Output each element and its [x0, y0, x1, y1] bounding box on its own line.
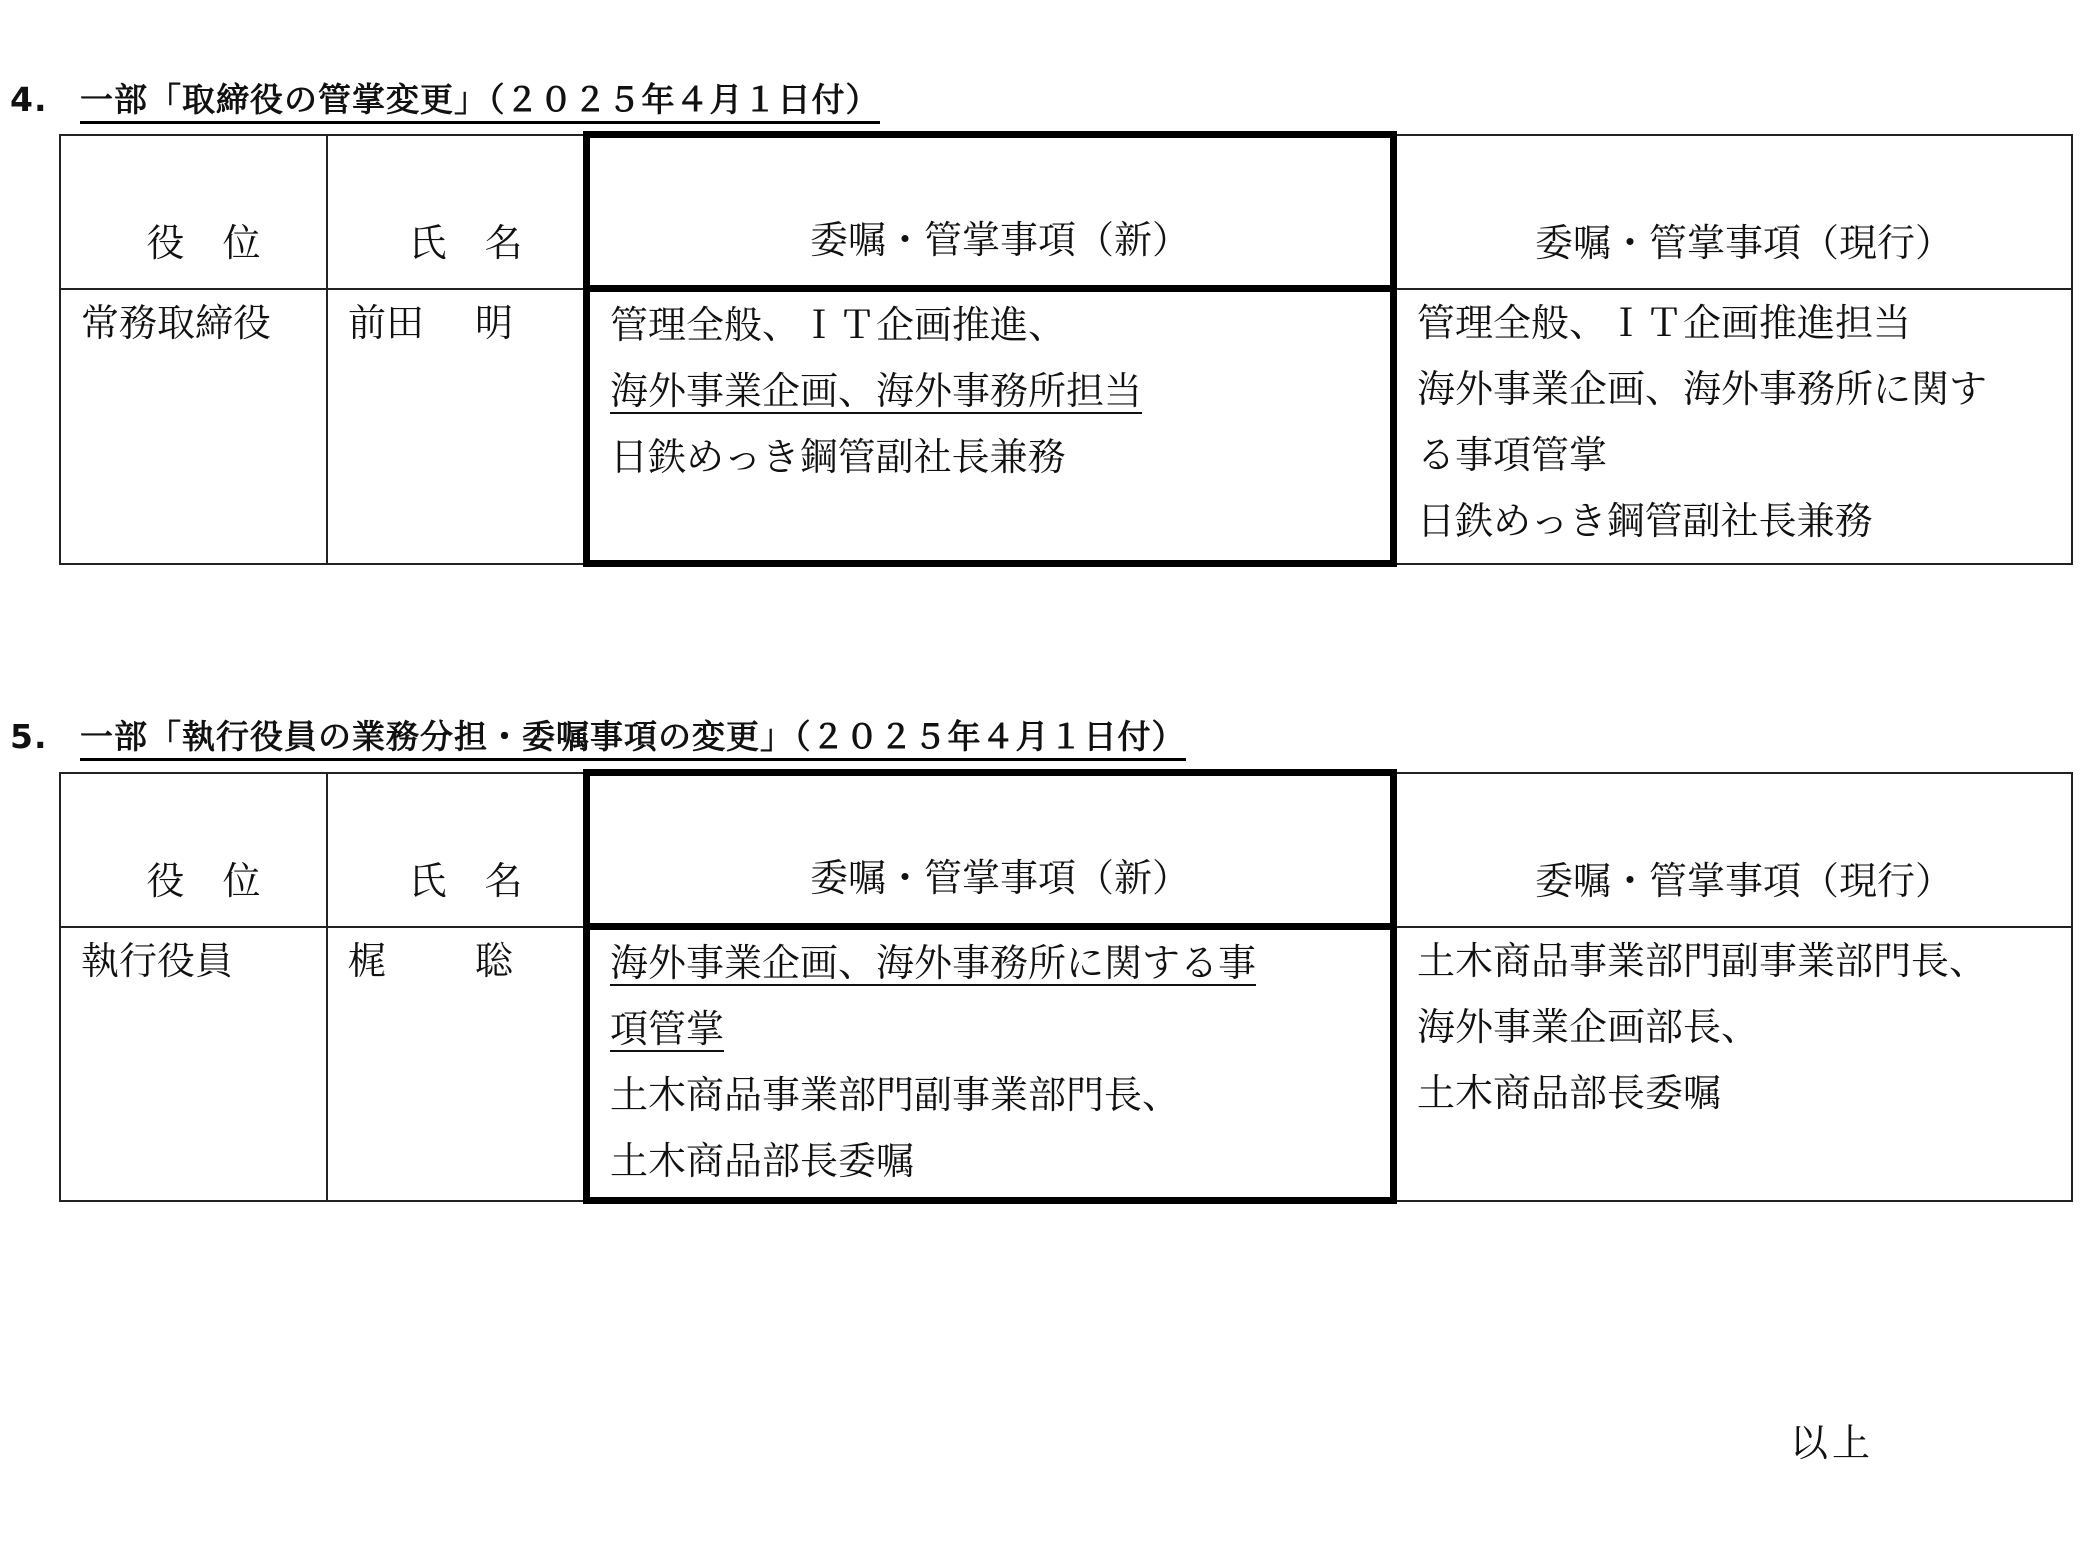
executive-change-table-5: 役 位 氏 名 委嘱・管掌事項（新） 委嘱・管掌事項（現行） 執行役員 梶聡 海…: [59, 769, 2073, 1204]
col-header-name: 氏 名: [327, 135, 587, 289]
current-duty-line: 日鉄めっき鋼管副社長兼務: [1417, 488, 2071, 554]
current-duty-line: 土木商品事業部門副事業部門長、: [1417, 928, 2071, 994]
new-duty-line-underlined: 海外事業企画、海外事務所に関する事: [610, 941, 1256, 985]
current-duty-line: る事項管掌: [1417, 422, 2071, 488]
executive-change-table-4: 役 位 氏 名 委嘱・管掌事項（新） 委嘱・管掌事項（現行） 常務取締役 前田明…: [59, 131, 2073, 567]
table-row: 常務取締役 前田明 管理全般、ＩＴ企画推進、 海外事業企画、海外事務所担当 日鉄…: [60, 289, 2072, 564]
new-duty-line-underlined: 項管掌: [610, 1007, 724, 1051]
table-header-row: 役 位 氏 名 委嘱・管掌事項（新） 委嘱・管掌事項（現行）: [60, 135, 2072, 289]
col-header-position: 役 位: [60, 135, 327, 289]
current-duty-line: 海外事業企画、海外事務所に関す: [1417, 356, 2071, 422]
cell-name: 梶聡: [327, 927, 587, 1201]
closing-text: 以上: [1790, 1412, 1874, 1467]
col-header-current-duties: 委嘱・管掌事項（現行）: [1394, 773, 2073, 927]
cell-position: 常務取締役: [60, 289, 327, 564]
section-4-heading: 4.一部「取締役の管掌変更」（２０２５年４月１日付）: [10, 80, 880, 120]
new-duty-line: 管理全般、ＩＴ企画推進、: [610, 292, 1390, 358]
col-header-new-duties: 委嘱・管掌事項（新）: [587, 773, 1394, 927]
col-header-name: 氏 名: [327, 773, 587, 927]
cell-current-duties: 管理全般、ＩＴ企画推進担当 海外事業企画、海外事務所に関す る事項管掌 日鉄めっ…: [1394, 289, 2073, 564]
table-header-row: 役 位 氏 名 委嘱・管掌事項（新） 委嘱・管掌事項（現行）: [60, 773, 2072, 927]
table-row: 執行役員 梶聡 海外事業企画、海外事務所に関する事 項管掌 土木商品事業部門副事…: [60, 927, 2072, 1201]
section-5-heading: 5.一部「執行役員の業務分担・委嘱事項の変更」（２０２５年４月１日付）: [10, 717, 1186, 757]
cell-name: 前田明: [327, 289, 587, 564]
section-title: 一部「執行役員の業務分担・委嘱事項の変更」（２０２５年４月１日付）: [80, 717, 1186, 761]
name-family: 前田: [348, 290, 424, 356]
new-duty-line: 土木商品部長委嘱: [610, 1128, 1390, 1194]
cell-new-duties: 管理全般、ＩＴ企画推進、 海外事業企画、海外事務所担当 日鉄めっき鋼管副社長兼務: [587, 289, 1394, 564]
col-header-position: 役 位: [60, 773, 327, 927]
new-duty-line: 土木商品事業部門副事業部門長、: [610, 1062, 1390, 1128]
name-given: 明: [475, 290, 513, 356]
current-duty-line: 管理全般、ＩＴ企画推進担当: [1417, 290, 2071, 356]
section-title: 一部「取締役の管掌変更」（２０２５年４月１日付）: [80, 80, 880, 124]
col-header-current-duties: 委嘱・管掌事項（現行）: [1394, 135, 2073, 289]
current-duty-line: 土木商品部長委嘱: [1417, 1060, 2071, 1126]
section-number: 5.: [10, 717, 80, 757]
section-number: 4.: [10, 80, 80, 120]
col-header-new-duties: 委嘱・管掌事項（新）: [587, 135, 1394, 289]
cell-new-duties: 海外事業企画、海外事務所に関する事 項管掌 土木商品事業部門副事業部門長、 土木…: [587, 927, 1394, 1201]
cell-current-duties: 土木商品事業部門副事業部門長、 海外事業企画部長、 土木商品部長委嘱: [1394, 927, 2073, 1201]
new-duty-line-underlined: 海外事業企画、海外事務所担当: [610, 369, 1142, 413]
cell-position: 執行役員: [60, 927, 327, 1201]
name-given: 聡: [475, 928, 513, 994]
name-family: 梶: [348, 928, 386, 994]
current-duty-line: 海外事業企画部長、: [1417, 994, 2071, 1060]
new-duty-line: 日鉄めっき鋼管副社長兼務: [610, 424, 1390, 490]
